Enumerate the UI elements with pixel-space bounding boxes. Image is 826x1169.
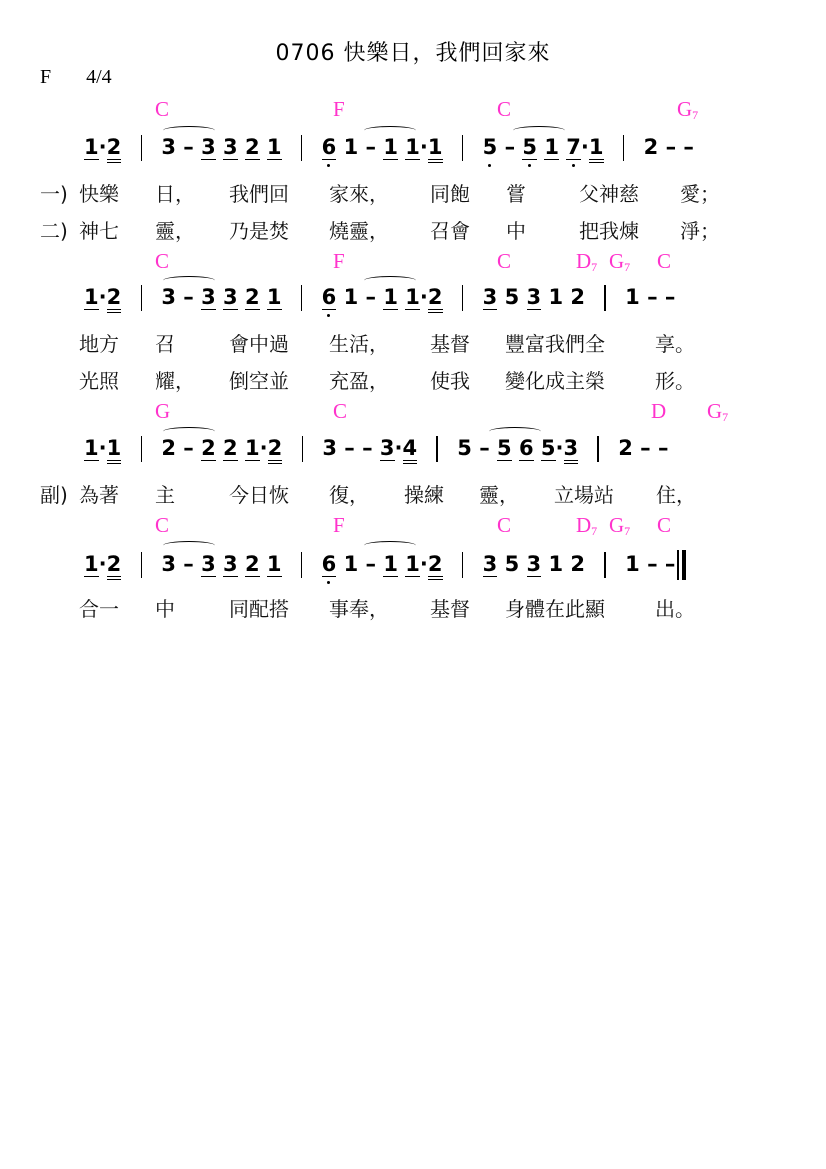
slur — [163, 541, 215, 550]
chord-label: G — [155, 399, 170, 424]
chord-label: C — [497, 97, 511, 122]
key-signature: F — [40, 66, 51, 88]
notation-line: 1·2 3 – 3 3 2 1 6 1 – 1 1·2 3 5 3 1 2 1 … — [84, 550, 686, 580]
song-meta: F 4/4 — [40, 66, 142, 89]
slur — [163, 126, 215, 135]
chord-label: F — [333, 249, 345, 274]
slur — [364, 276, 416, 285]
chord-label: G7 — [707, 399, 728, 425]
chord-label: C — [155, 249, 169, 274]
chord-label: C — [155, 513, 169, 538]
chord-label: D7 — [576, 249, 597, 275]
chord-label: C — [497, 513, 511, 538]
song-title: 0706 快樂日，我們回家來 — [0, 36, 826, 67]
chord-label: C — [657, 249, 671, 274]
slur — [489, 427, 541, 436]
notation-line: 1·1 2 – 2 2 1·2 3 – – 3·4 5 – 5 6 5·3 2 … — [84, 436, 669, 464]
chord-label: G7 — [609, 249, 630, 275]
chord-label: C — [333, 399, 347, 424]
notation-line: 1·2 3 – 3 3 2 1 6 1 – 1 1·1 5 – 5 1 7·1 … — [84, 135, 694, 163]
slur — [364, 126, 416, 135]
chord-label: F — [333, 97, 345, 122]
slur — [364, 541, 416, 550]
time-signature: 4/4 — [86, 66, 112, 88]
chord-label: G7 — [677, 97, 698, 123]
notation-line: 1·2 3 – 3 3 2 1 6 1 – 1 1·2 3 5 3 1 2 1 … — [84, 285, 675, 313]
chord-label: G7 — [609, 513, 630, 539]
slur — [163, 276, 215, 285]
slur — [163, 427, 215, 436]
chord-label: C — [155, 97, 169, 122]
chord-label: D — [651, 399, 666, 424]
chord-label: C — [497, 249, 511, 274]
final-barline — [677, 550, 679, 580]
chord-label: D7 — [576, 513, 597, 539]
chord-label: C — [657, 513, 671, 538]
slur — [513, 126, 565, 135]
chord-label: F — [333, 513, 345, 538]
